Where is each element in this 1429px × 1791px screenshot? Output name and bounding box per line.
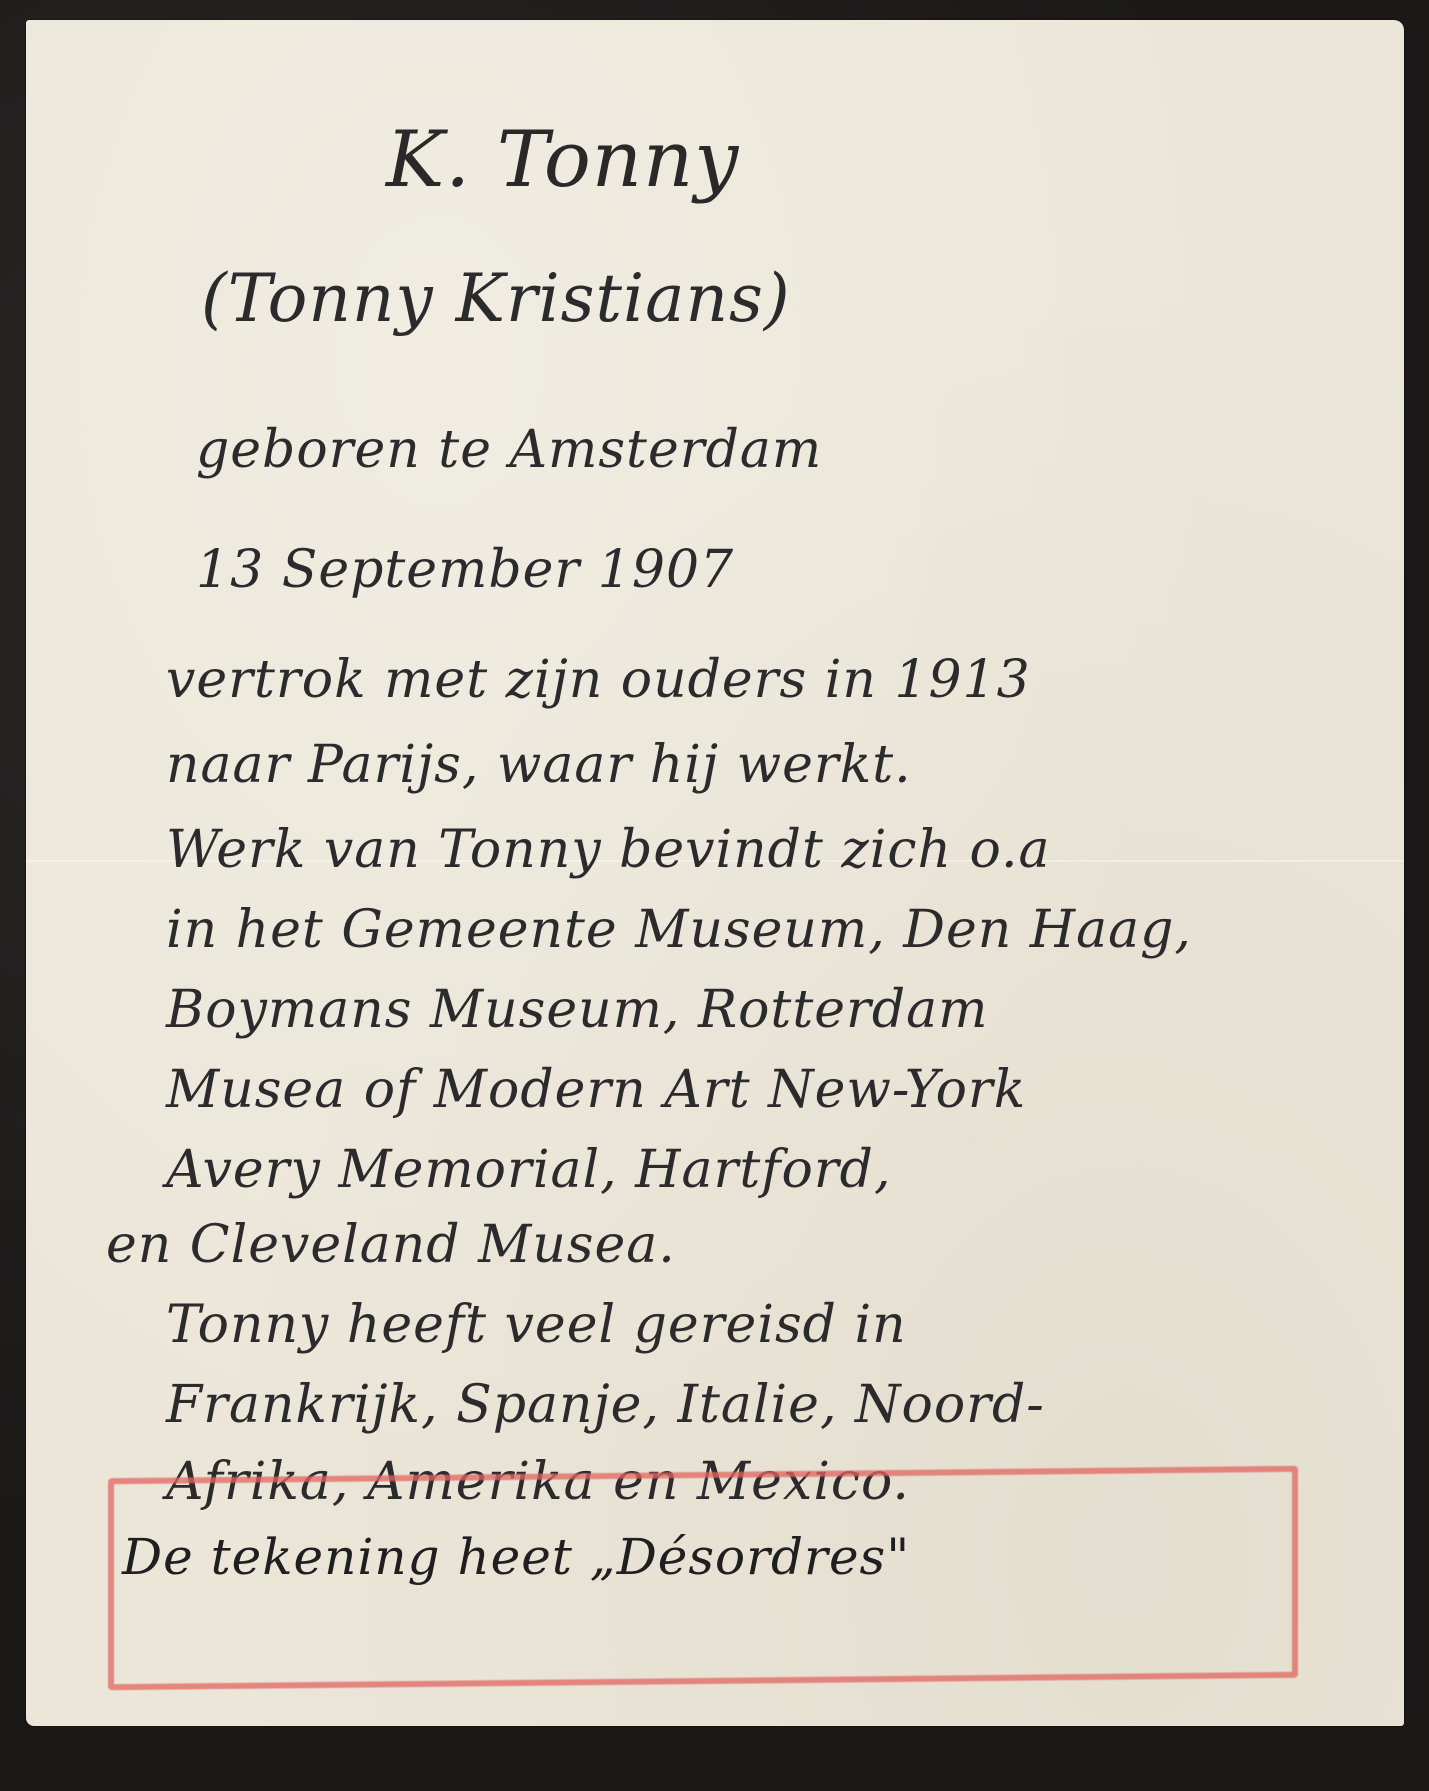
text-line: Tonny heeft veel gereisd in — [166, 1295, 907, 1355]
text-line: Werk van Tonny bevindt zich o.a — [166, 820, 1050, 880]
text-line: en Cleveland Musea. — [106, 1215, 676, 1275]
text-line: Frankrijk, Spanje, Italie, Noord- — [166, 1375, 1045, 1435]
text-line: vertrok met zijn ouders in 1913 — [166, 650, 1031, 710]
text-line: Avery Memorial, Hartford, — [166, 1140, 892, 1200]
text-line: Musea of Modern Art New-York — [166, 1060, 1026, 1120]
boxed-annotation-text: De tekening heet „Désordres" — [122, 1528, 910, 1586]
document-title: K. Tonny — [386, 115, 739, 205]
text-line-birthplace: geboren te Amsterdam — [196, 420, 822, 480]
text-line: Boymans Museum, Rotterdam — [166, 980, 988, 1040]
text-line: in het Gemeente Museum, Den Haag, — [166, 900, 1192, 960]
text-line: naar Parijs, waar hij werkt. — [166, 735, 912, 795]
document-subtitle: (Tonny Kristians) — [201, 260, 791, 337]
text-line-birthdate: 13 September 1907 — [196, 540, 734, 600]
